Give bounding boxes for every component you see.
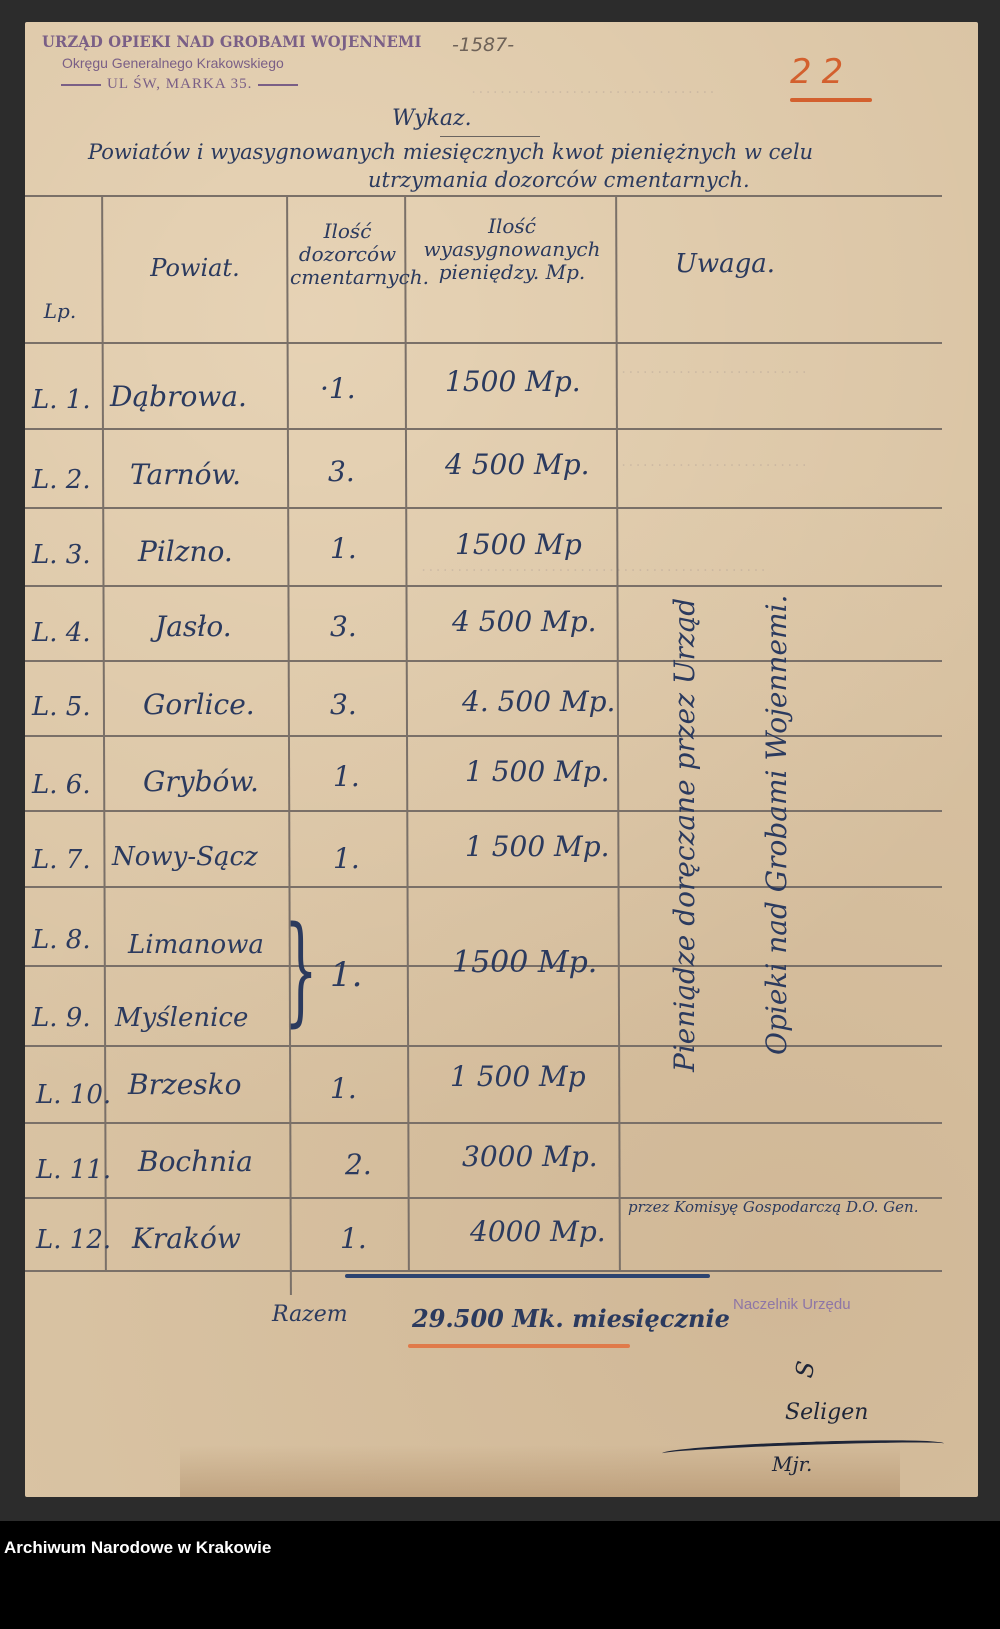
header-kwota: Ilość wyasygnowanych pieniędzy. Mp.	[408, 215, 616, 284]
row-2-kwota: 4 500 Mp.	[445, 448, 590, 481]
row-10-dozorcy: 1.	[330, 1072, 357, 1105]
row-8-9-kwota: 1500 Mp.	[452, 945, 597, 980]
row-8-9-dozorcy: 1.	[330, 955, 362, 995]
header-dozorcy: Ilość dozorców cmentarnych.	[290, 220, 405, 289]
document-title: Wykaz.	[392, 106, 472, 131]
folio-number: 22	[790, 52, 853, 92]
row-3-lp: L. 3.	[32, 540, 91, 570]
document-subtitle-line1: Powiatów i wyasygnowanych miesięcznych k…	[88, 140, 813, 164]
row-6-powiat: Grybów.	[143, 765, 259, 798]
table-rule	[25, 585, 942, 587]
row-4-lp: L. 4.	[32, 618, 91, 648]
row-11-lp: L. 11.	[36, 1155, 111, 1185]
header-powiat: Powiat.	[110, 255, 280, 283]
row-6-kwota: 1 500 Mp.	[465, 755, 610, 788]
row-11-powiat: Bochnia	[138, 1145, 253, 1178]
table-rule	[25, 342, 942, 344]
table-rule	[25, 507, 942, 509]
row-12-lp: L. 12.	[36, 1225, 111, 1255]
row-12-powiat: Kraków	[132, 1222, 241, 1255]
row-1-kwota: 1500 Mp.	[445, 365, 581, 398]
header-uwaga: Uwaga.	[625, 250, 825, 280]
table-rule	[25, 810, 942, 812]
table-rule	[25, 886, 942, 888]
office-stamp-title: URZĄD OPIEKI NAD GROBAMI WOJENNEMI	[42, 32, 422, 51]
signature-rank: Mjr.	[772, 1452, 812, 1476]
total-label: Razem	[272, 1302, 348, 1327]
row-12-uwaga: przez Komisyę Gospodarczą D.O. Gen.	[628, 1198, 918, 1216]
row-3-dozorcy: 1.	[330, 532, 357, 565]
row-7-lp: L. 7.	[32, 845, 91, 875]
row-2-powiat: Tarnów.	[130, 458, 241, 491]
remark-vertical-line2: Opieki nad Grobami Wojennemi.	[760, 595, 793, 1055]
naczelnik-stamp: Naczelnik Urzędu	[733, 1296, 851, 1313]
row-5-kwota: 4. 500 Mp.	[462, 685, 615, 718]
office-stamp-district: Okręgu Generalnego Krakowskiego	[62, 55, 284, 71]
total-value: 29.500 Mk. miesięcznie	[412, 1304, 730, 1333]
bleed-through-text: ..................................	[470, 82, 716, 96]
table-rule	[25, 195, 942, 197]
row-12-dozorcy: 1.	[340, 1222, 367, 1255]
table-rule	[25, 428, 942, 430]
remark-vertical-line1: Pieniądze doręczane przez Urząd	[668, 598, 701, 1072]
row-6-dozorcy: 1.	[333, 760, 360, 793]
row-9-powiat: Myślenice	[115, 1003, 248, 1033]
row-7-kwota: 1 500 Mp.	[465, 830, 610, 863]
row-10-powiat: Brzesko	[128, 1068, 241, 1101]
row-4-powiat: Jasło.	[155, 610, 232, 643]
row-4-dozorcy: 3.	[330, 610, 357, 643]
header-lp: Lp.	[30, 300, 90, 323]
row-1-lp: L. 1.	[32, 385, 91, 415]
row-3-kwota: 1500 Mp	[455, 528, 582, 561]
title-underline	[440, 136, 540, 137]
office-stamp-address: UL ŚW, MARKA 35.	[55, 76, 304, 93]
page-number-pencil: -1587-	[452, 34, 514, 56]
table-rule	[25, 1045, 942, 1047]
row-12-kwota: 4000 Mp.	[470, 1215, 606, 1248]
bleed-through-text: ..........................	[620, 455, 808, 469]
row-2-lp: L. 2.	[32, 465, 91, 495]
archive-name: Archiwum Narodowe w Krakowie	[4, 1538, 271, 1558]
table-rule	[25, 1270, 942, 1272]
row-5-lp: L. 5.	[32, 692, 91, 722]
table-rule	[25, 735, 942, 737]
total-red-underline	[408, 1344, 630, 1348]
row-3-powiat: Pilzno.	[138, 535, 233, 568]
row-2-dozorcy: 3.	[328, 455, 355, 488]
office-stamp-address-text: UL ŚW, MARKA 35.	[107, 76, 252, 92]
row-7-powiat: Nowy-Sącz	[112, 842, 258, 872]
row-5-powiat: Gorlice.	[143, 688, 255, 721]
row-9-lp: L. 9.	[32, 1003, 91, 1033]
row-7-dozorcy: 1.	[333, 842, 360, 875]
table-rule	[25, 660, 942, 662]
row-5-dozorcy: 3.	[330, 688, 357, 721]
row-8-lp: L. 8.	[32, 925, 91, 955]
row-11-dozorcy: 2.	[345, 1148, 372, 1181]
table-rule	[25, 1122, 942, 1124]
folio-underline	[790, 98, 872, 102]
bleed-through-text: ..........................	[620, 362, 808, 376]
row-1-dozorcy: ·1.	[320, 372, 356, 405]
bleed-through-text: ........................................…	[420, 560, 767, 574]
signature-name: Seligen	[785, 1400, 868, 1425]
row-8-powiat: Limanowa	[128, 930, 264, 960]
total-rule	[345, 1274, 710, 1278]
row-10-kwota: 1 500 Mp	[450, 1060, 586, 1093]
row-6-lp: L. 6.	[32, 770, 91, 800]
row-11-kwota: 3000 Mp.	[462, 1140, 598, 1173]
row-1-powiat: Dąbrowa.	[110, 380, 247, 413]
merge-brace: }	[284, 910, 318, 1028]
row-4-kwota: 4 500 Mp.	[452, 605, 597, 638]
document-subtitle-line2: utrzymania dozorców cmentarnych.	[368, 168, 750, 192]
row-10-lp: L. 10.	[36, 1080, 111, 1110]
